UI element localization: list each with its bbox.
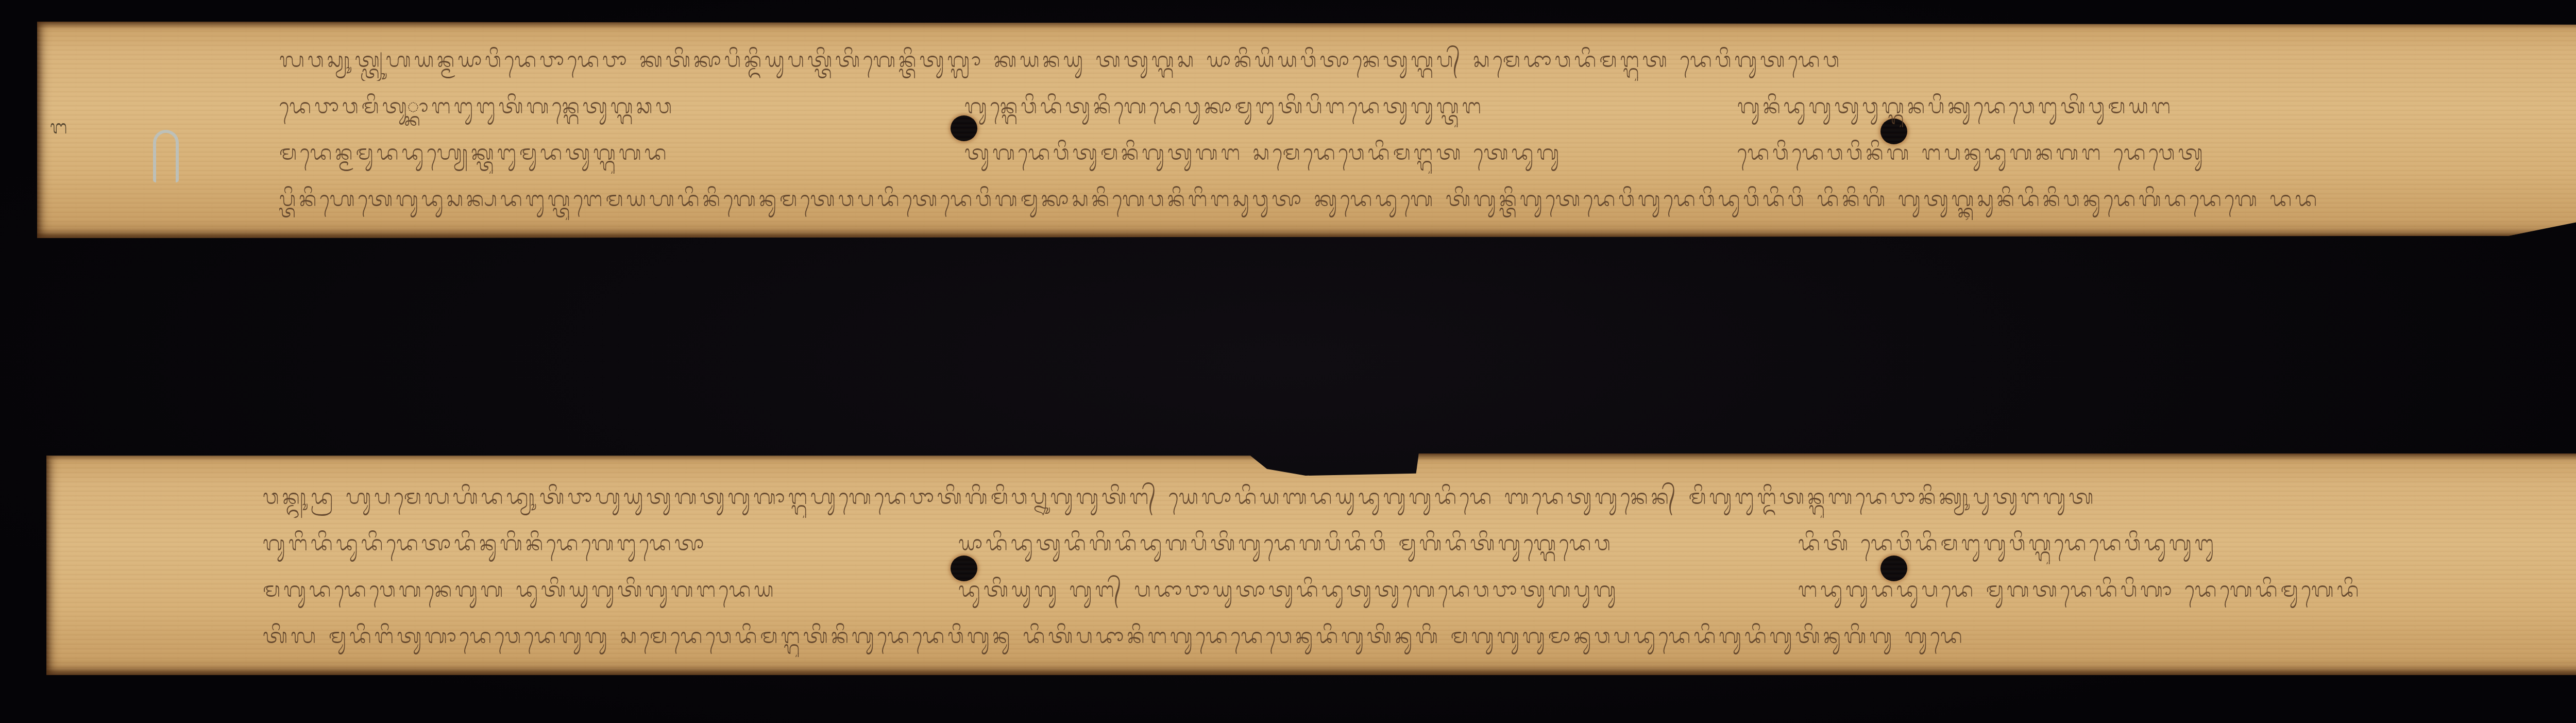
script-line-2: ᬕᬸᬗᬶᬤᬶᬤᬸᬤᬶᬤᬾᬢᬵᬤᬶᬦᬸᬕᬶᬦᬶᬤᬾᬕᬾᬗᬸᬤᬾᬢᬵᬬᬵᬤᬶᬤᬸᬢᬸ… — [263, 523, 2576, 564]
script-text: ᬤᬾᬯᬶᬤᬾᬯᬯᬶᬦᬶᬕ ᬗᬧᬦᬸᬤᬸᬕᬦᬕᬗ ᬤᬾᬯᬾᬢᬸ — [1737, 132, 2206, 174]
script-line-3: ᬫᬤᬾᬦ᭄ᬫᬫᬸᬤᬤᬸᬳ᭄ᬬᬾᬓ᭄ᬢᬸᬗᬸᬫᬸᬤᬢᬸᬕ᭄ᬕᬸᬕᬤᬢᬸᬕᬤᬾᬯᬶᬢ… — [279, 132, 2576, 174]
script-text: ᬫᬤᬾᬦ᭄ᬫᬫᬸᬤᬤᬸᬳ᭄ᬬᬾᬓ᭄ᬢᬸᬗᬸᬫᬸᬤᬢᬸᬕ᭄ᬕᬸᬕᬤ — [279, 132, 887, 174]
script-text: ᬤᬸᬢᬶᬬᬸᬕᬸ ᬕᬸᬗ᭄ ᬧᬤᬵᬯᬵᬬᬸᬢᬵᬢᬸᬤᬶᬤᬸᬢᬸᬢᬸᬕᬾᬤᬾᬯᬯᬵ… — [958, 569, 1721, 611]
script-text: ᬗᬤᬸᬕᬸᬤᬤᬸᬧᬤᬾ ᬫᬸᬕᬢᬤᬾᬤᬶᬧᬶᬕᬵ ᬤᬾᬕᬾᬤᬶᬫᬸᬕᬾᬤᬶ — [1798, 569, 2362, 611]
script-line-1: ᬯᬦ᭄ᬤ᭄ᬬᬸᬤ᭄ᬭ ᬳᬸᬧᬫᬾᬮᬳᬶᬤᬤ᭄ᬬᬸᬢᬶᬯᬵᬳᬸᬬᬸᬢᬸᬕᬢᬸᬕᬸᬕ… — [263, 477, 2576, 518]
script-text: ᬕᬸᬦ᭄ᬕᬾᬯᬶᬤᬶᬢᬸᬦᬶᬕᬾᬤᬾᬯᬸᬓᬵᬫᬸᬗᬸᬢᬶᬧᬶᬗᬤᬾᬢᬸᬕᬸᬕ᭄ᬢ… — [964, 86, 1655, 127]
script-line-3: ᬫᬕᬸᬤᬤᬾᬯᬾᬕᬦᬾᬕᬸᬕ ᬤᬸᬢᬶᬬᬸᬕᬸᬢᬶᬕᬸᬕᬗᬤᬾᬬᬤᬸᬢᬶᬬᬸᬕᬸ… — [263, 569, 2576, 611]
script-text: ᬯᬦ᭄ᬤ᭄ᬬᬸᬤ᭄ᬭ ᬳᬸᬧᬫᬾᬮᬳᬶᬤᬤ᭄ᬬᬸᬢᬶᬯᬵᬳᬸᬬᬸᬢᬸᬕᬢᬸᬕᬸᬕ… — [263, 477, 2096, 518]
script-text: ᬮᬯᬲ᭄ᬬᬸᬢ᭄ᬢ᭄ᬭᬸᬳᬬᬦ᭄ᬫᬬᬵᬯᬶᬤᬾᬯᬵᬤᬾᬯᬵ ᬓᬢᬶᬓᬵᬧᬶᬦ᭄ᬤ… — [279, 40, 1842, 81]
script-text: ᬢᬸᬕᬤᬾᬯᬶᬢᬸᬫᬦᬶᬕᬸᬢᬸᬕᬗ ᬲᬫᬾᬤᬾᬯᬾᬤᬶᬫᬗ᭄ᬕᬸᬢ ᬢᬾᬤᬸᬕ… — [964, 132, 1655, 174]
script-line-2: ᬤᬾᬯᬵᬯᬫᬶᬢᬸ᭄ᬓᬵᬗᬗᬸᬗᬸᬢᬶᬕᬦ᭄ᬕᬾᬢᬸᬕ᭄ᬕᬘᬯᬕᬸᬦ᭄ᬕᬾᬯᬶᬤ… — [279, 86, 2576, 127]
script-text: ᬕᬸᬦᬶᬤᬸᬕᬸᬢᬸᬯᬸᬕ᭄ᬕᬸᬦᬧᬶᬓᬸᬤᬾᬯᬾᬗᬸᬢᬶᬯᬸᬫᬬᬗ — [1737, 86, 2174, 127]
script-line-4: ᬧ᭄ᬢᬶᬦᬶᬳᬾᬢᬾᬕᬸᬤᬸᬲᬦ᭄ᬧᬤᬗᬸᬕ᭄ᬢᬸᬗᬾᬫᬬᬳᬤᬶᬦᬶᬕᬾᬦᬸᬫᬢ… — [279, 179, 2576, 220]
script-text: ᬢᬶᬮ ᬫᬸᬤᬶᬗᬶᬢᬸᬕᬵᬤᬾᬯᬾᬤᬾᬕᬸᬕᬸ ᬲᬫᬾᬤᬾᬯᬾᬤᬶᬫᬗ᭄ᬕᬸᬢ… — [263, 616, 1965, 657]
script-text: ᬤᬶᬢᬶ ᬤᬾᬯᬶᬤᬶᬫᬗᬸᬕᬸᬯᬶᬕ᭄ᬕᬸᬤᬾᬤᬾᬯᬶᬤᬸᬕᬸᬗᬸ — [1798, 523, 2217, 564]
script-line-4: ᬢᬶᬮ ᬫᬸᬤᬶᬗᬶᬢᬸᬕᬵᬤᬾᬯᬾᬤᬾᬕᬸᬕᬸ ᬲᬫᬾᬤᬾᬯᬾᬤᬶᬫᬗ᭄ᬕᬸᬢ… — [263, 616, 2576, 657]
script-text: ᬧ᭄ᬢᬶᬦᬶᬳᬾᬢᬾᬕᬸᬤᬸᬲᬦ᭄ᬧᬤᬗᬸᬕ᭄ᬢᬸᬗᬾᬫᬬᬳᬤᬶᬦᬶᬕᬾᬦᬸᬫᬢ… — [279, 179, 2320, 220]
script-text: ᬫᬕᬸᬤᬤᬾᬯᬾᬕᬦᬾᬕᬸᬕ ᬤᬸᬢᬶᬬᬸᬕᬸᬢᬶᬕᬸᬕᬗᬤᬾᬬ — [263, 569, 871, 611]
script-lines: ᬮᬯᬲ᭄ᬬᬸᬢ᭄ᬢ᭄ᬭᬸᬳᬬᬦ᭄ᬫᬬᬵᬯᬶᬤᬾᬯᬵᬤᬾᬯᬵ ᬓᬢᬶᬓᬵᬧᬶᬦ᭄ᬤ… — [279, 37, 2576, 223]
palm-leaf-bottom: ᬯᬦ᭄ᬤ᭄ᬬᬸᬤ᭄ᬭ ᬳᬸᬧᬫᬾᬮᬳᬶᬤᬤ᭄ᬬᬸᬢᬶᬯᬵᬳᬸᬬᬸᬢᬸᬕᬢᬸᬕᬸᬕ… — [46, 453, 2576, 675]
script-text: ᬬᬵᬤᬶᬤᬸᬢᬸᬤᬶᬕᬶᬤᬶᬤᬸᬕᬧᬶᬢᬶᬕᬸᬤᬾᬕᬧᬶᬤᬶᬯᬶ ᬫᬸᬕᬶᬤᬶᬢ… — [958, 523, 1721, 564]
script-text: ᬤᬾᬯᬵᬯᬫᬶᬢᬸ᭄ᬓᬵᬗᬗᬸᬗᬸᬢᬶᬕᬦ᭄ᬕᬾᬢᬸᬕ᭄ᬕᬘᬯ — [279, 86, 887, 127]
palm-leaf-top: ᬗ ᬮᬯᬲ᭄ᬬᬸᬢ᭄ᬢ᭄ᬭᬸᬳᬬᬦ᭄ᬫᬬᬵᬯᬶᬤᬾᬯᬵᬤᬾᬯᬵ ᬓᬢᬶᬓᬵᬧᬶᬦ… — [37, 22, 2576, 238]
script-line-1: ᬮᬯᬲ᭄ᬬᬸᬢ᭄ᬢ᭄ᬭᬸᬳᬬᬦ᭄ᬫᬬᬵᬯᬶᬤᬾᬯᬵᬤᬾᬯᬵ ᬓᬢᬶᬓᬵᬧᬶᬦ᭄ᬤ… — [279, 40, 2576, 81]
blue-ink-mark — [153, 130, 179, 182]
leaf-number-mark: ᬗ — [50, 114, 67, 147]
script-lines: ᬯᬦ᭄ᬤ᭄ᬬᬸᬤ᭄ᬭ ᬳᬸᬧᬫᬾᬮᬳᬶᬤᬤ᭄ᬬᬸᬢᬶᬯᬵᬳᬸᬬᬸᬢᬸᬕᬢᬸᬕᬸᬕ… — [263, 474, 2576, 660]
script-text: ᬕᬸᬗᬶᬤᬶᬤᬸᬤᬶᬤᬾᬢᬵᬤᬶᬦᬸᬕᬶᬦᬶᬤᬾᬕᬾᬗᬸᬤᬾᬢᬵ — [263, 523, 871, 564]
